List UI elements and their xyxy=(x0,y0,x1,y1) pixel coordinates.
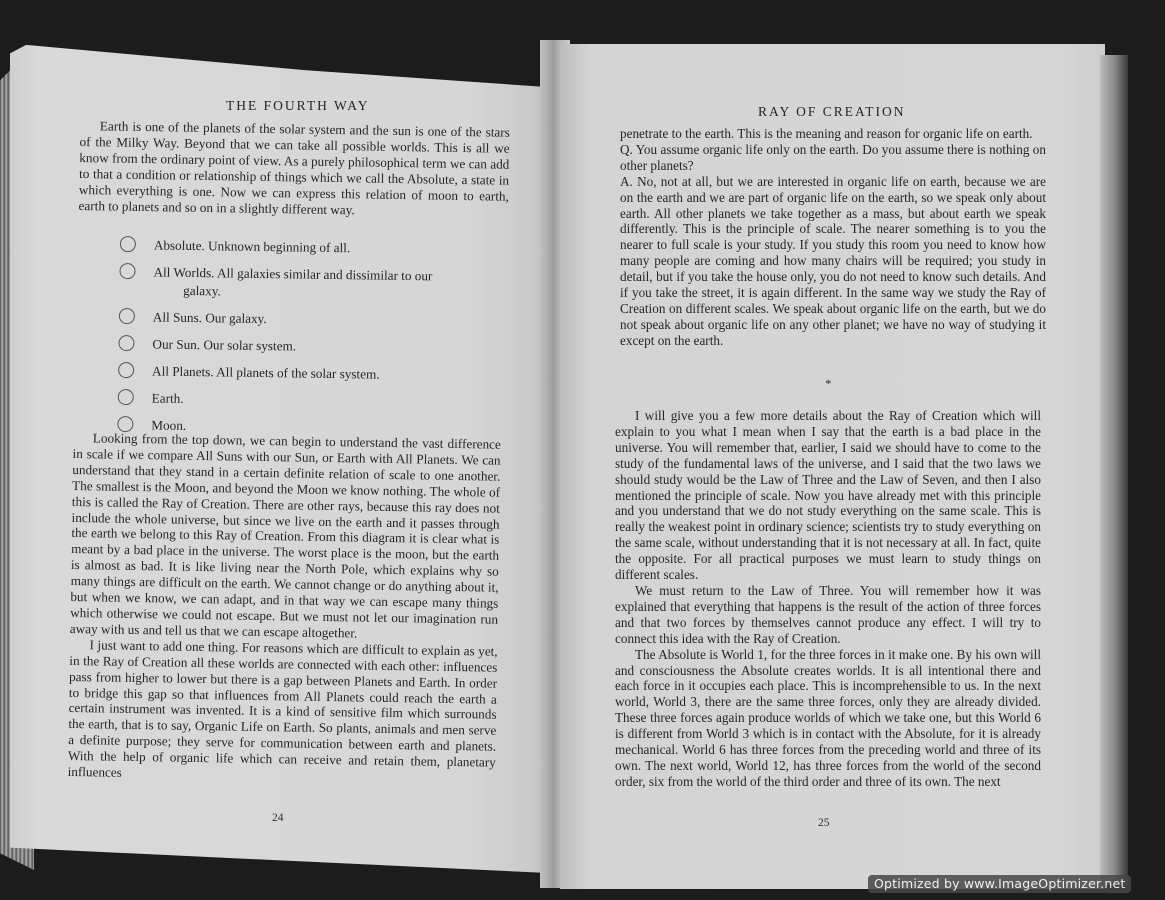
ray-item-label: All Planets. All planets of the solar sy… xyxy=(152,362,380,383)
right-page-number: 25 xyxy=(818,817,830,829)
right-running-head: RAY OF CREATION xyxy=(758,104,906,120)
ray-item-label: Absolute. Unknown beginning of all. xyxy=(154,236,351,257)
ray-item-our-sun: Our Sun. Our solar system. xyxy=(118,335,478,358)
ray-item-label: All Worlds. All galaxies similar and dis… xyxy=(153,264,432,283)
left-running-head: THE FOURTH WAY xyxy=(226,98,369,114)
ray-item-all-suns: All Suns. Our galaxy. xyxy=(119,308,479,331)
circle-icon xyxy=(118,362,134,378)
left-body-text: Looking from the top down, we can begin … xyxy=(68,430,501,787)
paragraph-law-of-three: We must return to the Law of Three. You … xyxy=(615,583,1041,647)
circle-icon xyxy=(119,263,135,279)
ray-item-label: Our Sun. Our solar system. xyxy=(152,335,296,355)
paragraph-absolute-world-1: The Absolute is World 1, for the three f… xyxy=(615,647,1041,790)
right-qa-text: penetrate to the earth. This is the mean… xyxy=(620,126,1046,349)
ray-item-label: All Suns. Our galaxy. xyxy=(153,308,267,328)
open-book-spread: THE FOURTH WAY Earth is one of the plane… xyxy=(0,0,1165,900)
ray-item-all-worlds: All Worlds. All galaxies similar and dis… xyxy=(119,263,479,304)
circle-icon xyxy=(118,335,134,351)
ray-of-creation-diagram: Absolute. Unknown beginning of all. All … xyxy=(117,236,480,448)
circle-icon xyxy=(120,236,136,252)
watermark-badge: Optimized by www.ImageOptimizer.net xyxy=(868,875,1131,893)
section-separator-asterisk: * xyxy=(825,376,832,392)
paragraph-add-one-thing: I just want to add one thing. For reason… xyxy=(68,637,498,787)
left-intro-text: Earth is one of the planets of the solar… xyxy=(79,118,510,220)
circle-icon xyxy=(118,389,134,405)
ray-item-all-planets: All Planets. All planets of the solar sy… xyxy=(118,362,478,385)
page-edges-right xyxy=(1100,55,1128,885)
right-body-text: I will give you a few more details about… xyxy=(615,408,1041,790)
ray-item-absolute: Absolute. Unknown beginning of all. xyxy=(120,236,480,259)
left-page-number: 24 xyxy=(272,812,284,824)
answer-text: A. No, not at all, but we are interested… xyxy=(620,174,1046,349)
paragraph-looking-from-top: Looking from the top down, we can begin … xyxy=(70,430,501,643)
ray-item-label: Earth. xyxy=(152,389,184,407)
ray-item-label-continuation: galaxy. xyxy=(153,281,432,303)
circle-icon xyxy=(119,308,135,324)
paragraph-more-details: I will give you a few more details about… xyxy=(615,408,1041,583)
question-text: Q. You assume organic life only on the e… xyxy=(620,142,1046,174)
intro-paragraph: Earth is one of the planets of the solar… xyxy=(79,118,510,220)
ray-item-earth: Earth. xyxy=(118,389,478,412)
paragraph-penetrate: penetrate to the earth. This is the mean… xyxy=(620,126,1046,142)
